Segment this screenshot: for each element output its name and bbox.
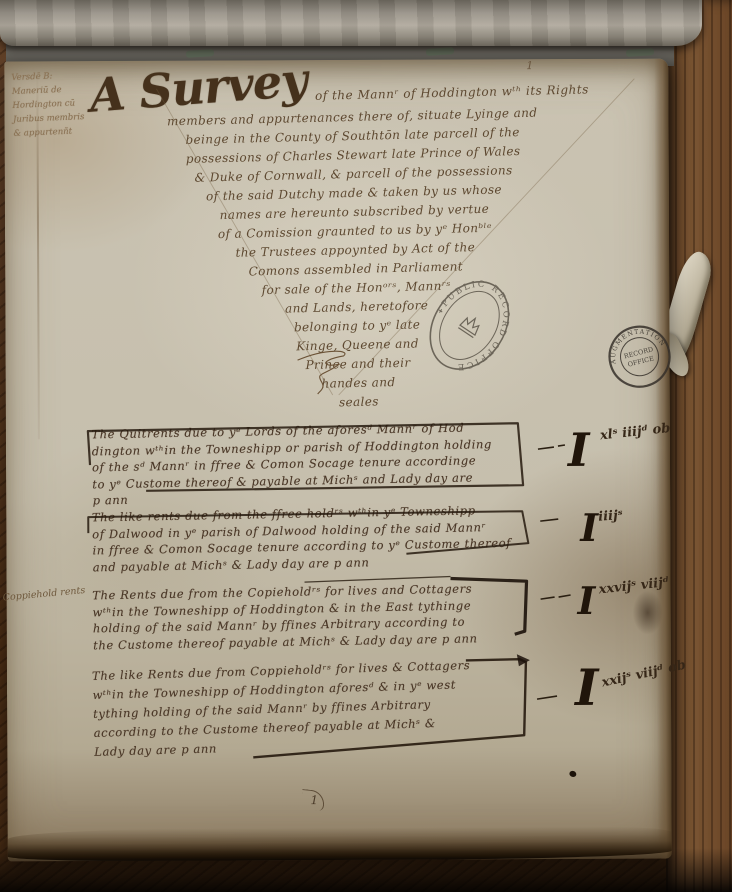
amount-dalwood: iiijˢ <box>598 508 624 525</box>
stamp-main-text: PUBLIC RECORD OFFICE <box>413 264 527 384</box>
stitch <box>426 47 454 56</box>
crown-icon <box>458 313 482 337</box>
survey-title-block: A Survey of the Mannʳ of Hoddington wᵗʰ … <box>89 54 621 418</box>
entry-copyholders-east: The Rents due from the Copieholdʳˢ for l… <box>92 579 573 654</box>
page-number-bottom-group: 1 <box>301 790 331 814</box>
bracket-icon: I <box>578 582 596 620</box>
entry-copyholders-west: The like Rents due from Coppieholdʳˢ for… <box>92 653 575 762</box>
title-line: of the Mannʳ of Hoddington wᵗʰ its Right… <box>306 54 589 103</box>
bracket-icon: I <box>568 427 590 473</box>
ink-blotch <box>633 591 663 635</box>
table-shadow <box>0 848 732 892</box>
manuscript-page: Versdē B: Maneriū de Hordington cū Jurib… <box>4 59 671 862</box>
augmentation-office-stamp: AUGMENTATION RECORD OFFICE <box>593 310 685 402</box>
bracket-icon: I <box>580 509 598 547</box>
rolled-page <box>0 0 702 46</box>
stitch <box>186 49 214 58</box>
entry-freeholders-dalwood: The like rents due from the ffree holdʳˢ… <box>92 501 573 576</box>
stitch <box>626 48 654 57</box>
bracket-icon: I <box>575 663 599 713</box>
wood-table-right <box>666 0 732 892</box>
coppiehold-margin-note: Coppiehold rents <box>2 584 97 604</box>
page-number-bottom: 1 <box>310 793 318 807</box>
public-record-office-stamp: PUBLIC RECORD OFFICE <box>399 255 540 396</box>
margin-note-line: & appurtenñt <box>13 123 101 140</box>
ink-dot <box>569 770 578 778</box>
photo-of-manuscript: { "colors": { "ink": "#4a3727", "ink_fai… <box>0 0 732 892</box>
svg-text:PUBLIC RECORD OFFICE: PUBLIC RECORD OFFICE <box>413 264 527 384</box>
entry-quitrents-hoddington: The Quitrents due to yᵉ Lords of the afo… <box>91 418 572 509</box>
title-triangle: members and appurtenances there of, situ… <box>90 102 621 418</box>
